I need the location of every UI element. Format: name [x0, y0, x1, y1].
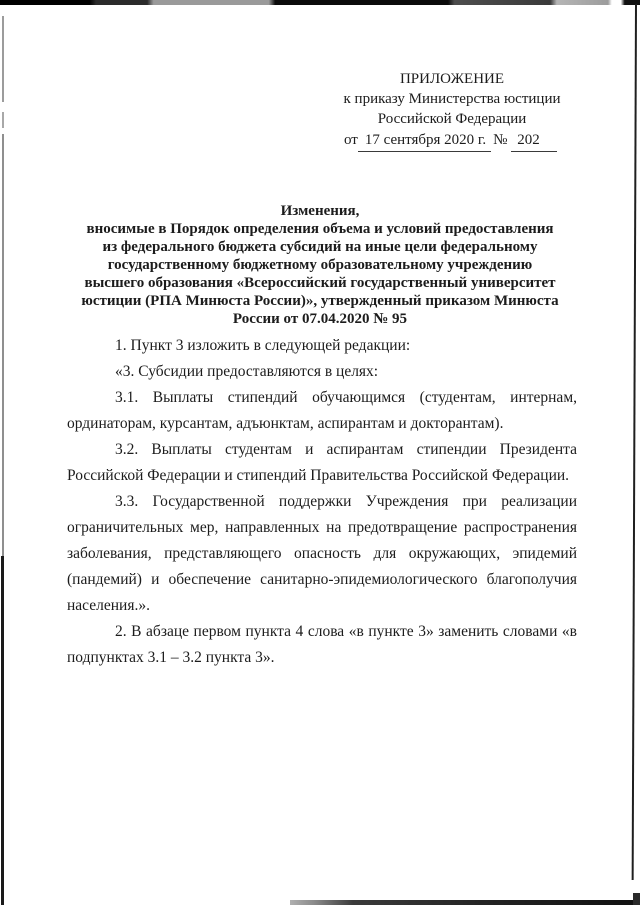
document-body: 1. Пункт 3 изложить в следующей редакции… — [67, 333, 577, 671]
title-line: из федерального бюджета субсидий на иные… — [64, 238, 576, 256]
title-line: Изменения, — [64, 202, 576, 220]
body-paragraph: 3.1. Выплаты стипендий обучающимся (студ… — [67, 385, 577, 437]
approval-date-line: от17 сентября 2020 г.№ 202 — [340, 130, 564, 152]
title-line: государственному бюджетному образователь… — [64, 256, 576, 274]
approval-header-line: ПРИЛОЖЕНИЕ — [340, 69, 564, 89]
body-paragraph: «3. Субсидии предоставляются в целях: — [67, 359, 577, 385]
order-date-value: 17 сентября 2020 г. — [358, 130, 491, 152]
scan-edge-left — [2, 112, 4, 128]
date-prefix-label: от — [344, 132, 358, 148]
scan-edge-bottom — [290, 900, 640, 905]
document-title: Изменения, вносимые в Порядок определени… — [64, 202, 576, 328]
scan-edge-left — [2, 16, 4, 102]
approval-header-line: к приказу Министерства юстиции — [340, 89, 564, 109]
scan-edge-left — [2, 134, 4, 560]
body-paragraph: 3.3. Государственной поддержки Учреждени… — [67, 489, 577, 619]
title-line: России от 07.04.2020 № 95 — [64, 310, 576, 328]
body-paragraph: 2. В абзаце первом пункта 4 слова «в пун… — [67, 619, 577, 671]
approval-header: ПРИЛОЖЕНИЕ к приказу Министерства юстици… — [340, 69, 564, 152]
title-line: юстиции (РПА Минюста России)», утвержден… — [64, 292, 576, 310]
scan-edge-top — [0, 0, 640, 5]
scan-edge-corner — [633, 893, 640, 905]
title-line: вносимые в Порядок определения объема и … — [64, 220, 576, 238]
body-paragraph: 1. Пункт 3 изложить в следующей редакции… — [67, 333, 577, 359]
title-line: высшего образования «Всероссийский госуд… — [64, 274, 576, 292]
document-page: ПРИЛОЖЕНИЕ к приказу Министерства юстици… — [0, 0, 640, 905]
approval-header-line: Российской Федерации — [340, 109, 564, 129]
number-sign: № — [491, 132, 507, 148]
scan-edge-right — [632, 4, 637, 880]
order-number-value: 202 — [511, 130, 557, 152]
body-paragraph: 3.2. Выплаты студентам и аспирантам стип… — [67, 437, 577, 489]
scan-edge-left — [1, 556, 4, 905]
